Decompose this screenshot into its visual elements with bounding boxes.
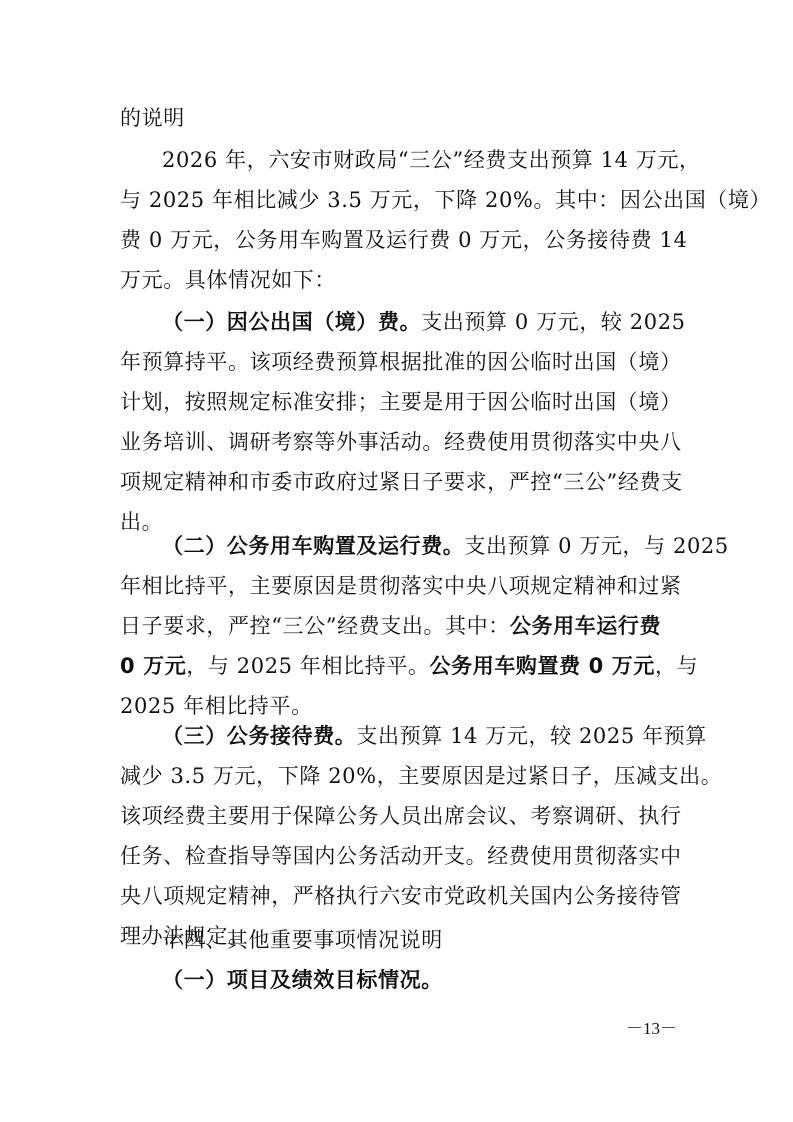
section1-line-1: （一）因公出国（境）费。支出预算 0 万元，较 2025	[162, 302, 680, 342]
section3-line-2: 减少 3.5 万元，下降 20%，主要原因是过紧日子，压减支出。	[120, 756, 680, 796]
section2-line1-text: 支出预算 0 万元，与 2025	[464, 534, 728, 558]
section3-line-1: （三）公务接待费。支出预算 14 万元，较 2025 年预算	[162, 716, 680, 756]
section3-line-5: 央八项规定精神，严格执行六安市党政机关国内公务接待管	[120, 876, 680, 916]
section3-line-3: 该项经费主要用于保障公务人员出席会议、考察调研、执行	[120, 796, 680, 836]
intro-line-1: 2026 年，六安市财政局“三公”经费支出预算 14 万元，	[162, 140, 680, 180]
section2-line-2: 年相比持平，主要原因是贯彻落实中央八项规定精神和过紧	[120, 566, 680, 606]
section1-line-3: 计划，按照规定标准安排；主要是用于因公临时出国（境）	[120, 382, 680, 422]
section2-line4-bold2: 公务用车购置费 0 万元	[430, 654, 655, 678]
section2-line3-text: 日子要求，严控“三公”经费支出。其中：	[120, 614, 510, 638]
section14-heading: 十四、其他重要事项情况说明	[162, 920, 680, 960]
intro-line-4: 万元。具体情况如下：	[120, 260, 680, 300]
section2-line3-bold: 公务用车运行费	[510, 614, 661, 638]
document-page: 的说明 2026 年，六安市财政局“三公”经费支出预算 14 万元， 与 202…	[0, 0, 793, 1122]
section1-line1-text: 支出预算 0 万元，较 2025	[421, 310, 685, 334]
section2-title: （二）公务用车购置及运行费。	[162, 534, 464, 558]
section3-line-4: 任务、检查指导等国内公务活动开支。经费使用贯彻落实中	[120, 836, 680, 876]
section14-subheading: （一）项目及绩效目标情况。	[162, 960, 680, 1000]
section1-line-2: 年预算持平。该项经费预算根据批准的因公临时出国（境）	[120, 342, 680, 382]
section2-line-3: 日子要求，严控“三公”经费支出。其中：公务用车运行费	[120, 606, 680, 646]
section2-line-1: （二）公务用车购置及运行费。支出预算 0 万元，与 2025	[162, 526, 680, 566]
section1-line-5: 项规定精神和市委市政府过紧日子要求，严控“三公”经费支	[120, 462, 680, 502]
section1-title: （一）因公出国（境）费。	[162, 310, 421, 334]
section2-line4-text1: ，与 2025 年相比持平。	[186, 654, 429, 678]
section2-line4-bold1: 0 万元	[120, 654, 186, 678]
section2-line-4: 0 万元，与 2025 年相比持平。公务用车购置费 0 万元，与	[120, 646, 680, 686]
section3-title: （三）公务接待费。	[162, 724, 356, 748]
section1-line-4: 业务培训、调研考察等外事活动。经费使用贯彻落实中央八	[120, 422, 680, 462]
section2-line4-text2: ，与	[655, 654, 698, 678]
intro-line-3: 费 0 万元，公务用车购置及运行费 0 万元，公务接待费 14	[120, 220, 680, 260]
section3-line1-text: 支出预算 14 万元，较 2025 年预算	[356, 724, 706, 748]
intro-line-2: 与 2025 年相比减少 3.5 万元，下降 20%。其中：因公出国（境）	[120, 180, 680, 220]
heading-tail: 的说明	[120, 98, 680, 138]
page-number: －13－	[626, 1014, 677, 1039]
